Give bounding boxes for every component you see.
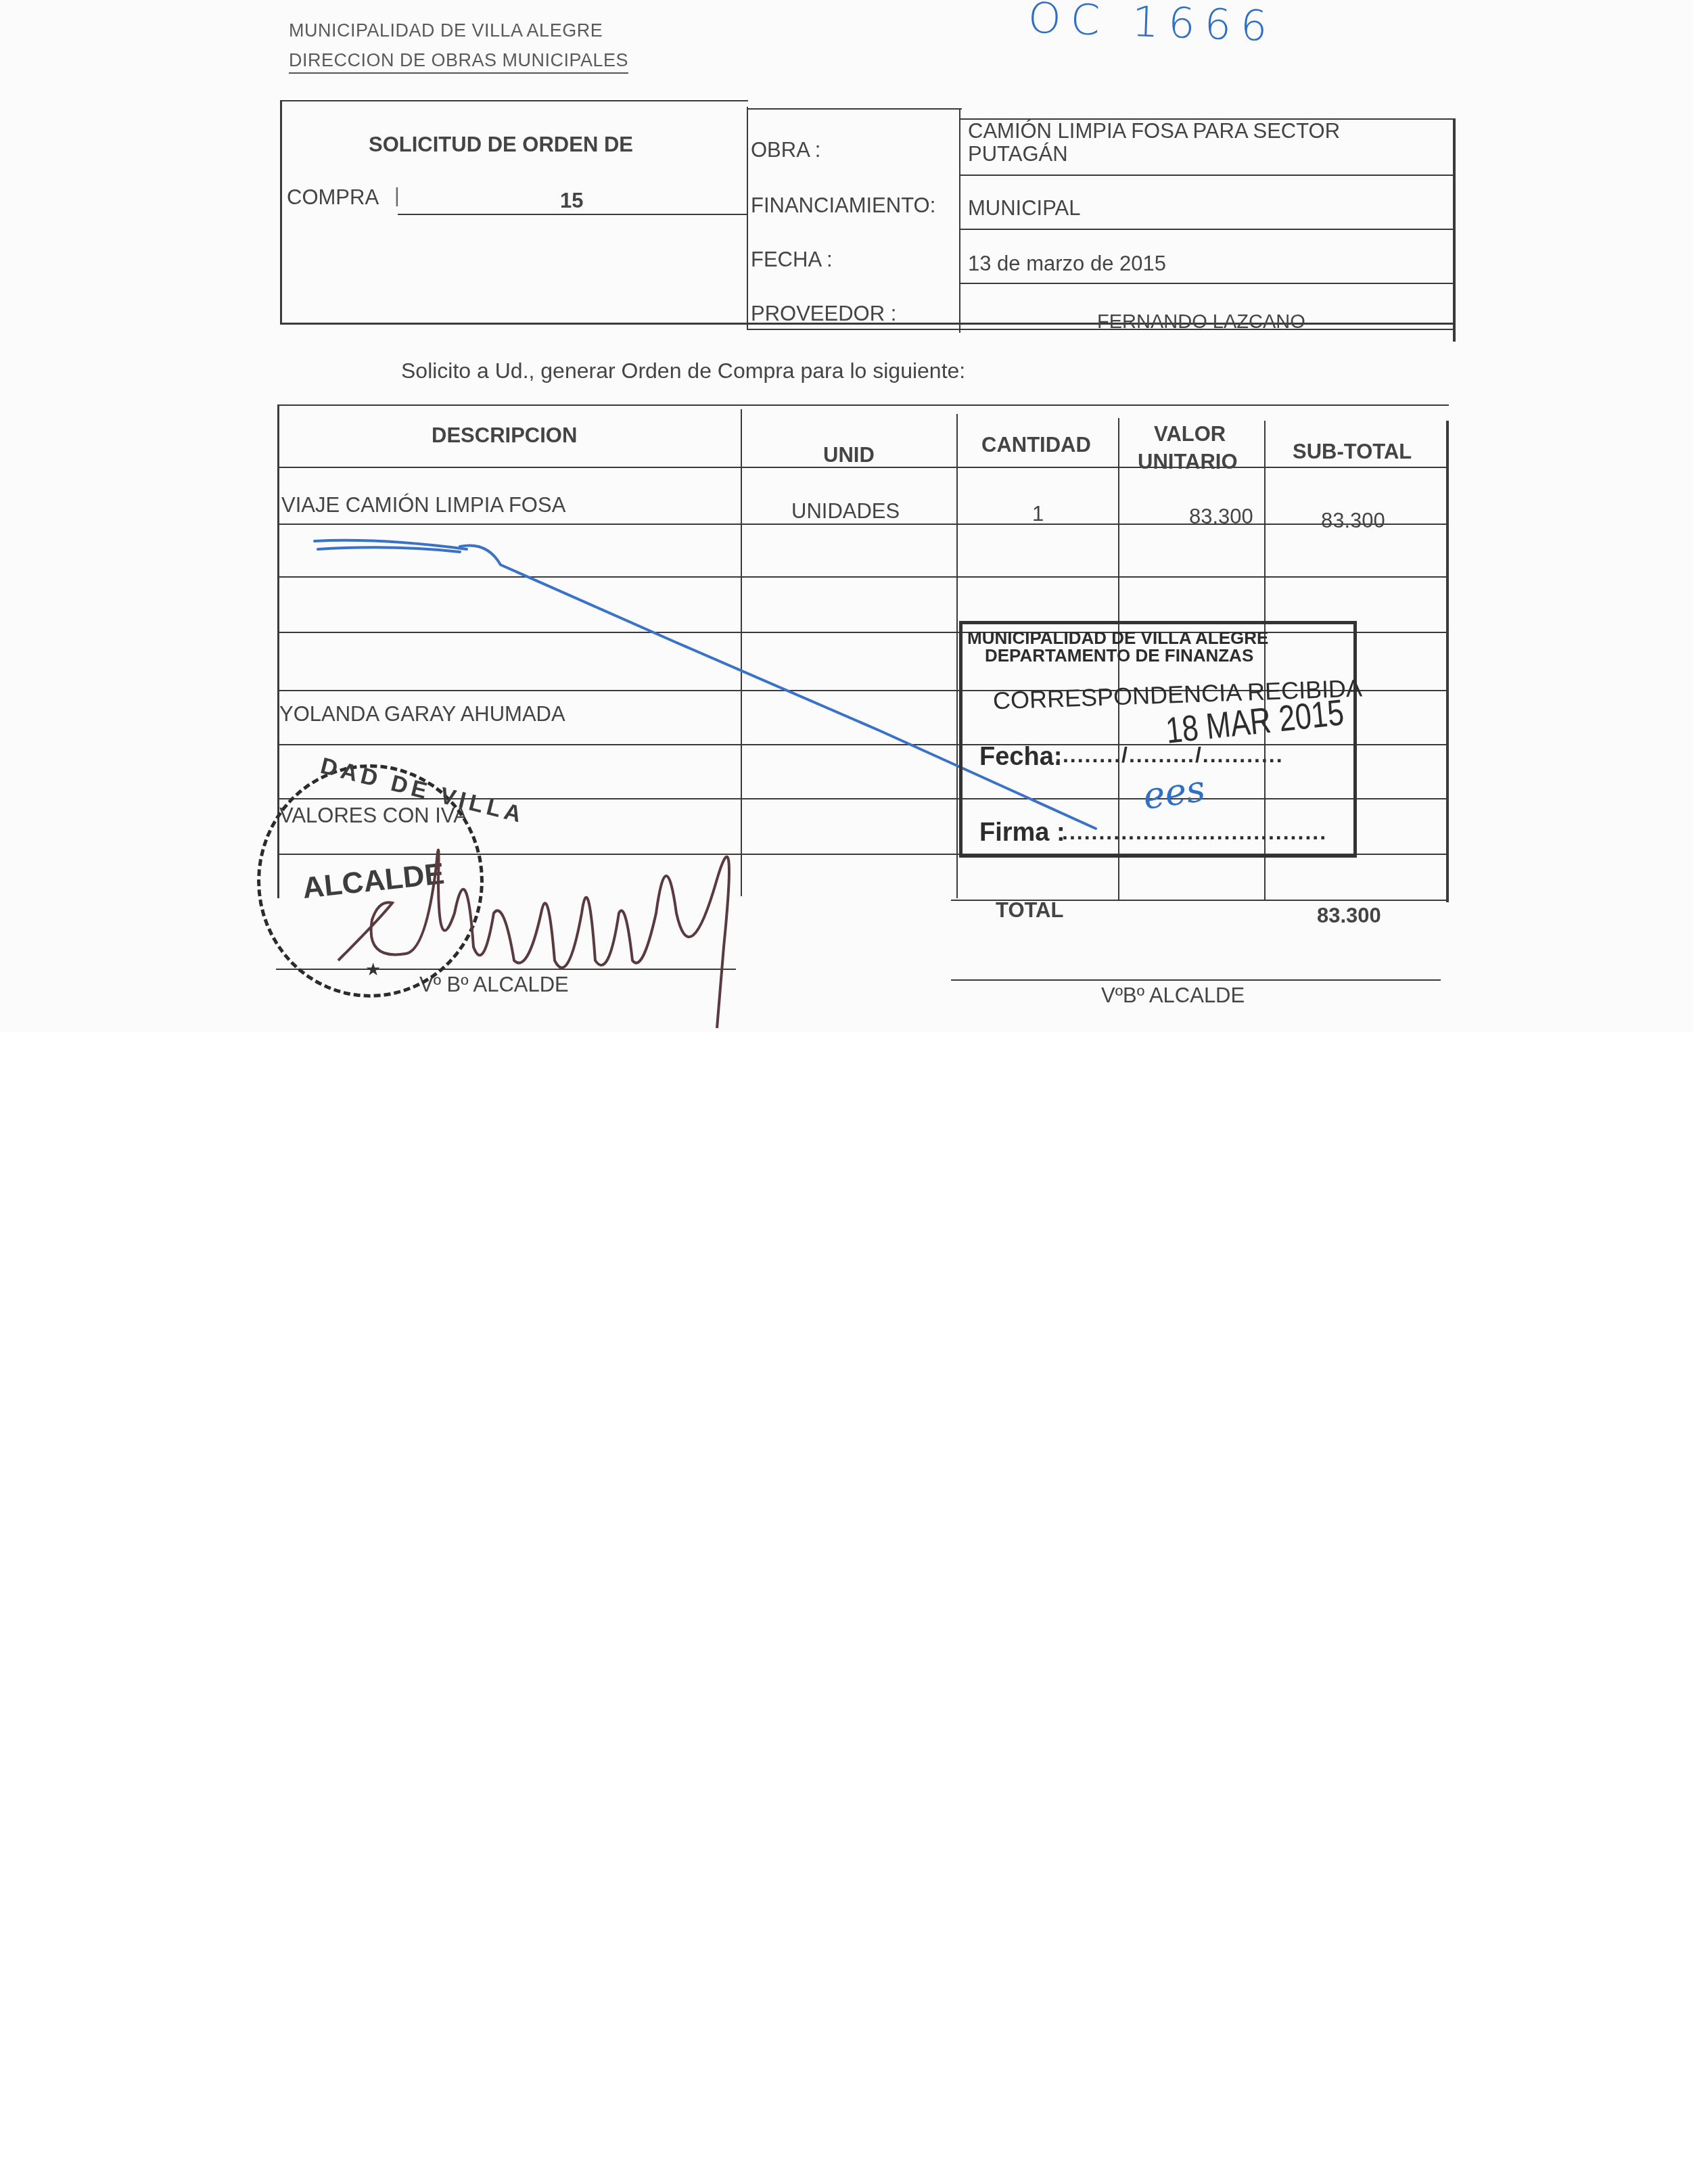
stamp-firma-label: Firma : [979,818,1065,847]
scanned-document: MUNICIPALIDAD DE VILLA ALEGRE DIRECCION … [0,0,1693,1031]
stamp-dept: DEPARTAMENTO DE FINANZAS [985,645,1253,666]
stamp-fecha-label: Fecha: [979,743,1062,772]
mayor-signature [0,0,1693,1031]
stamp-initials: ees [1140,767,1208,818]
stamp-firma-dots: .................................... [1062,820,1327,845]
stamp-fecha-dots: ........./........./........... [1055,743,1284,768]
